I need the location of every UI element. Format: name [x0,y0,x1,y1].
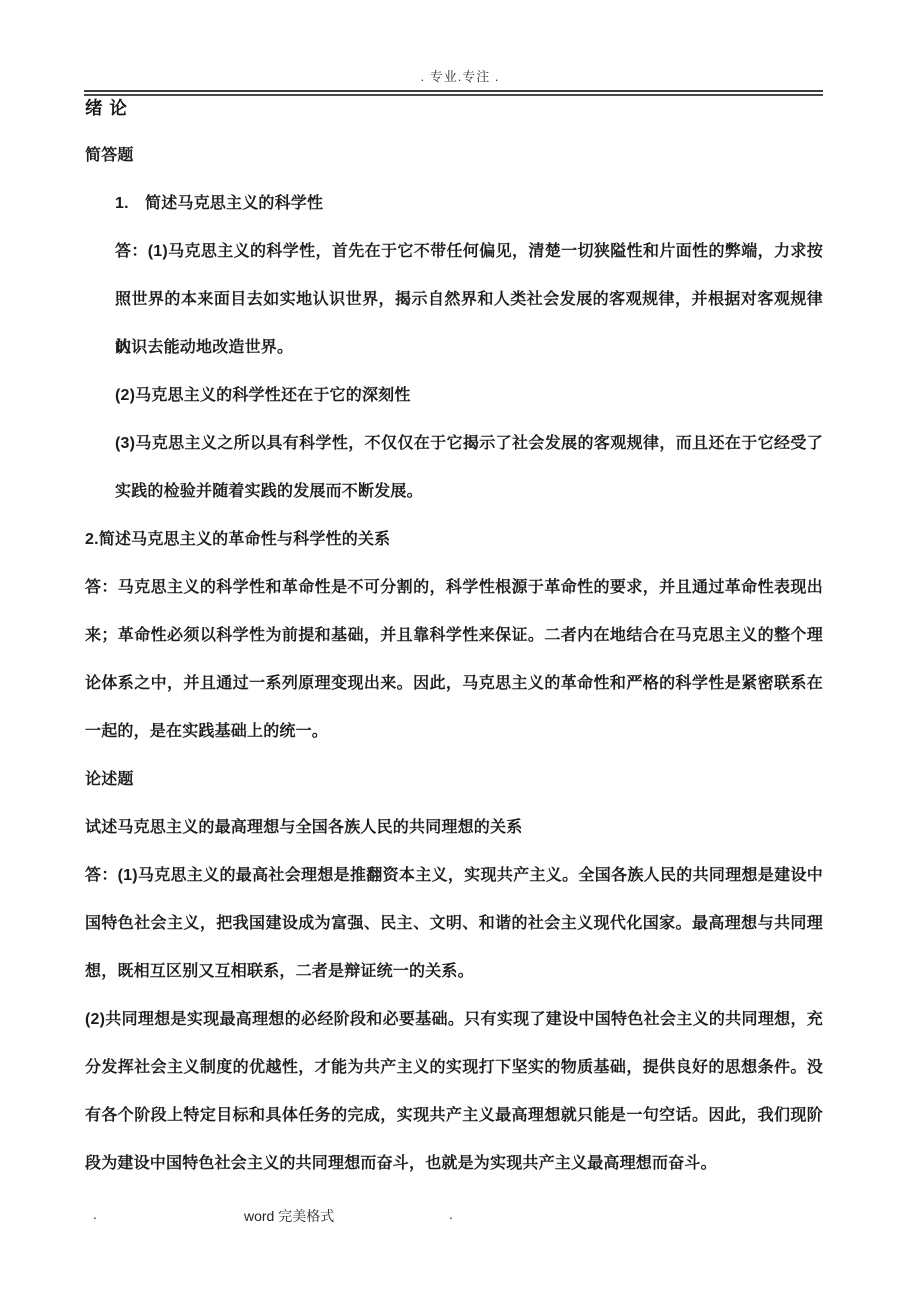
document-line: (2)马克思主义的科学性还在于它的深刻性 [85,372,823,420]
document-line: 有各个阶段上特定目标和具体任务的完成，实现共产主义最高理想就只能是一句空话。因此… [85,1092,823,1140]
line-text: 绪 论 [85,98,128,118]
line-text: 简答题 [85,147,134,164]
line-text: 实践的检验并随着实践的发展而不断发展。 [115,483,423,500]
line-text: 一起的，是在实践基础上的统一。 [85,723,328,740]
document-line: 2.简述马克思主义的革命性与科学性的关系 [85,516,823,564]
line-text: 答：(1)马克思主义的科学性，首先在于它不带任何偏见，清楚一切狭隘性和片面性的弊… [115,243,823,260]
line-text: 答：马克思主义的科学性和革命性是不可分割的，科学性根源于革命性的要求，并且通过革… [85,579,823,596]
footer-center-text: word 完美格式 [244,1206,334,1226]
document-lines: 绪 论简答题1.简述马克思主义的科学性答：(1)马克思主义的科学性，首先在于它不… [85,84,823,1188]
document-line: 来；革命性必须以科学性为前提和基础，并且靠科学性来保证。二者内在地结合在马克思主… [85,612,823,660]
line-text: 2.简述马克思主义的革命性与科学性的关系 [85,531,390,548]
line-text: 国特色社会主义，把我国建设成为富强、民主、文明、和谐的社会主义现代化国家。最高理… [85,915,823,932]
line-text: 段为建设中国特色社会主义的共同理想而奋斗，也就是为实现共产主义最高理想而奋斗。 [85,1155,717,1172]
line-text: 来；革命性必须以科学性为前提和基础，并且靠科学性来保证。二者内在地结合在马克思主… [85,627,823,644]
document-line: 段为建设中国特色社会主义的共同理想而奋斗，也就是为实现共产主义最高理想而奋斗。 [85,1140,823,1188]
line-text: 简述马克思主义的科学性 [145,195,323,212]
line-text: 想，既相互区别又互相联系，二者是辩证统一的关系。 [85,963,474,980]
document-line: 照世界的本来面目去如实地认识世界，揭示自然界和人类社会发展的客观规律，并根据对客… [85,276,823,324]
document-line: 论述题 [85,756,823,804]
page-header-text: . 专业.专注 . [0,66,920,85]
line-text: 有各个阶段上特定目标和具体任务的完成，实现共产主义最高理想就只能是一句空话。因此… [85,1107,823,1124]
document-line: 简答题 [85,132,823,180]
footer-left-mark: . [93,1206,97,1222]
document-line: 国特色社会主义，把我国建设成为富强、民主、文明、和谐的社会主义现代化国家。最高理… [85,900,823,948]
line-text: 试述马克思主义的最高理想与全国各族人民的共同理想的关系 [85,819,522,836]
footer-right-mark: . [449,1206,453,1222]
line-text: 分发挥社会主义制度的优越性，才能为共产主义的实现打下坚实的物质基础，提供良好的思… [85,1059,823,1076]
document-line: 认识去能动地改造世界。 [85,324,823,372]
document-line: 论体系之中，并且通过一系列原理变现出来。因此，马克思主义的革命性和严格的科学性是… [85,660,823,708]
document-line: (3)马克思主义之所以具有科学性，不仅仅在于它揭示了社会发展的客观规律，而且还在… [85,420,823,468]
document-line: 答：(1)马克思主义的最高社会理想是推翻资本主义，实现共产主义。全国各族人民的共… [85,852,823,900]
document-line: 答：(1)马克思主义的科学性，首先在于它不带任何偏见，清楚一切狭隘性和片面性的弊… [85,228,823,276]
document-line: 1.简述马克思主义的科学性 [85,180,823,228]
line-text: (2)马克思主义的科学性还在于它的深刻性 [115,387,411,404]
document-line: 试述马克思主义的最高理想与全国各族人民的共同理想的关系 [85,804,823,852]
document-title: 绪 论 [85,84,823,132]
document-line: 分发挥社会主义制度的优越性，才能为共产主义的实现打下坚实的物质基础，提供良好的思… [85,1044,823,1092]
document-page: . 专业.专注 . 绪 论简答题1.简述马克思主义的科学性答：(1)马克思主义的… [0,0,920,1302]
line-text: 论述题 [85,771,134,788]
list-number: 1. [115,180,145,228]
document-line: 一起的，是在实践基础上的统一。 [85,708,823,756]
line-text: (2)共同理想是实现最高理想的必经阶段和必要基础。只有实现了建设中国特色社会主义… [85,1011,823,1028]
line-text: 答：(1)马克思主义的最高社会理想是推翻资本主义，实现共产主义。全国各族人民的共… [85,867,823,884]
line-text: 论体系之中，并且通过一系列原理变现出来。因此，马克思主义的革命性和严格的科学性是… [85,675,823,692]
line-text: (3)马克思主义之所以具有科学性，不仅仅在于它揭示了社会发展的客观规律，而且还在… [115,435,823,452]
document-line: 实践的检验并随着实践的发展而不断发展。 [85,468,823,516]
line-text: 认识去能动地改造世界。 [115,339,293,356]
document-line: 答：马克思主义的科学性和革命性是不可分割的，科学性根源于革命性的要求，并且通过革… [85,564,823,612]
document-line: 想，既相互区别又互相联系，二者是辩证统一的关系。 [85,948,823,996]
document-line: (2)共同理想是实现最高理想的必经阶段和必要基础。只有实现了建设中国特色社会主义… [85,996,823,1044]
